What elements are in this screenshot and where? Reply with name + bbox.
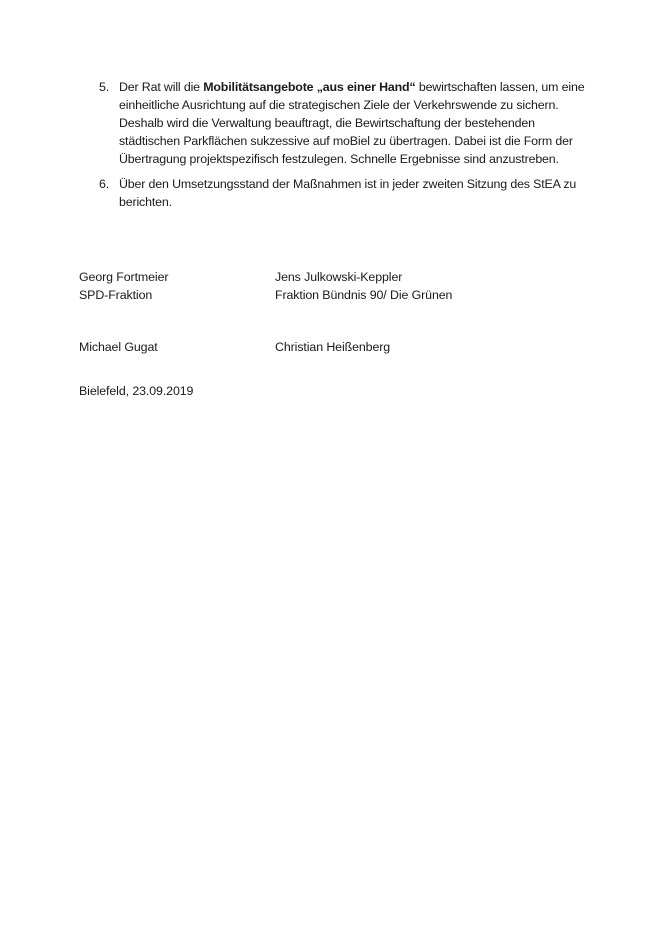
item-bold-text: Mobilitätsangebote „aus einer Hand“ — [203, 80, 415, 94]
item-text-start: Der Rat will die — [119, 80, 203, 94]
numbered-list: 5. Der Rat will die Mobilitätsangebote „… — [96, 78, 596, 211]
list-item-6: 6. Über den Umsetzungsstand der Maßnahme… — [96, 175, 596, 211]
item-text: Über den Umsetzungsstand der Maßnahmen i… — [119, 177, 576, 209]
place-date: Bielefeld, 23.09.2019 — [79, 382, 193, 400]
signature-affiliation: Fraktion Bündnis 90/ Die Grünen — [275, 286, 452, 304]
list-number: 6. — [99, 175, 109, 193]
signature-name: Christian Heißenberg — [275, 338, 390, 356]
document-page: 5. Der Rat will die Mobilitätsangebote „… — [0, 0, 662, 936]
list-number: 5. — [99, 78, 109, 96]
signature-name: Georg Fortmeier — [79, 268, 168, 286]
signature-name: Jens Julkowski-Keppler — [275, 268, 402, 286]
signature-affiliation: SPD-Fraktion — [79, 286, 152, 304]
signature-name: Michael Gugat — [79, 338, 158, 356]
list-item-5: 5. Der Rat will die Mobilitätsangebote „… — [96, 78, 596, 168]
